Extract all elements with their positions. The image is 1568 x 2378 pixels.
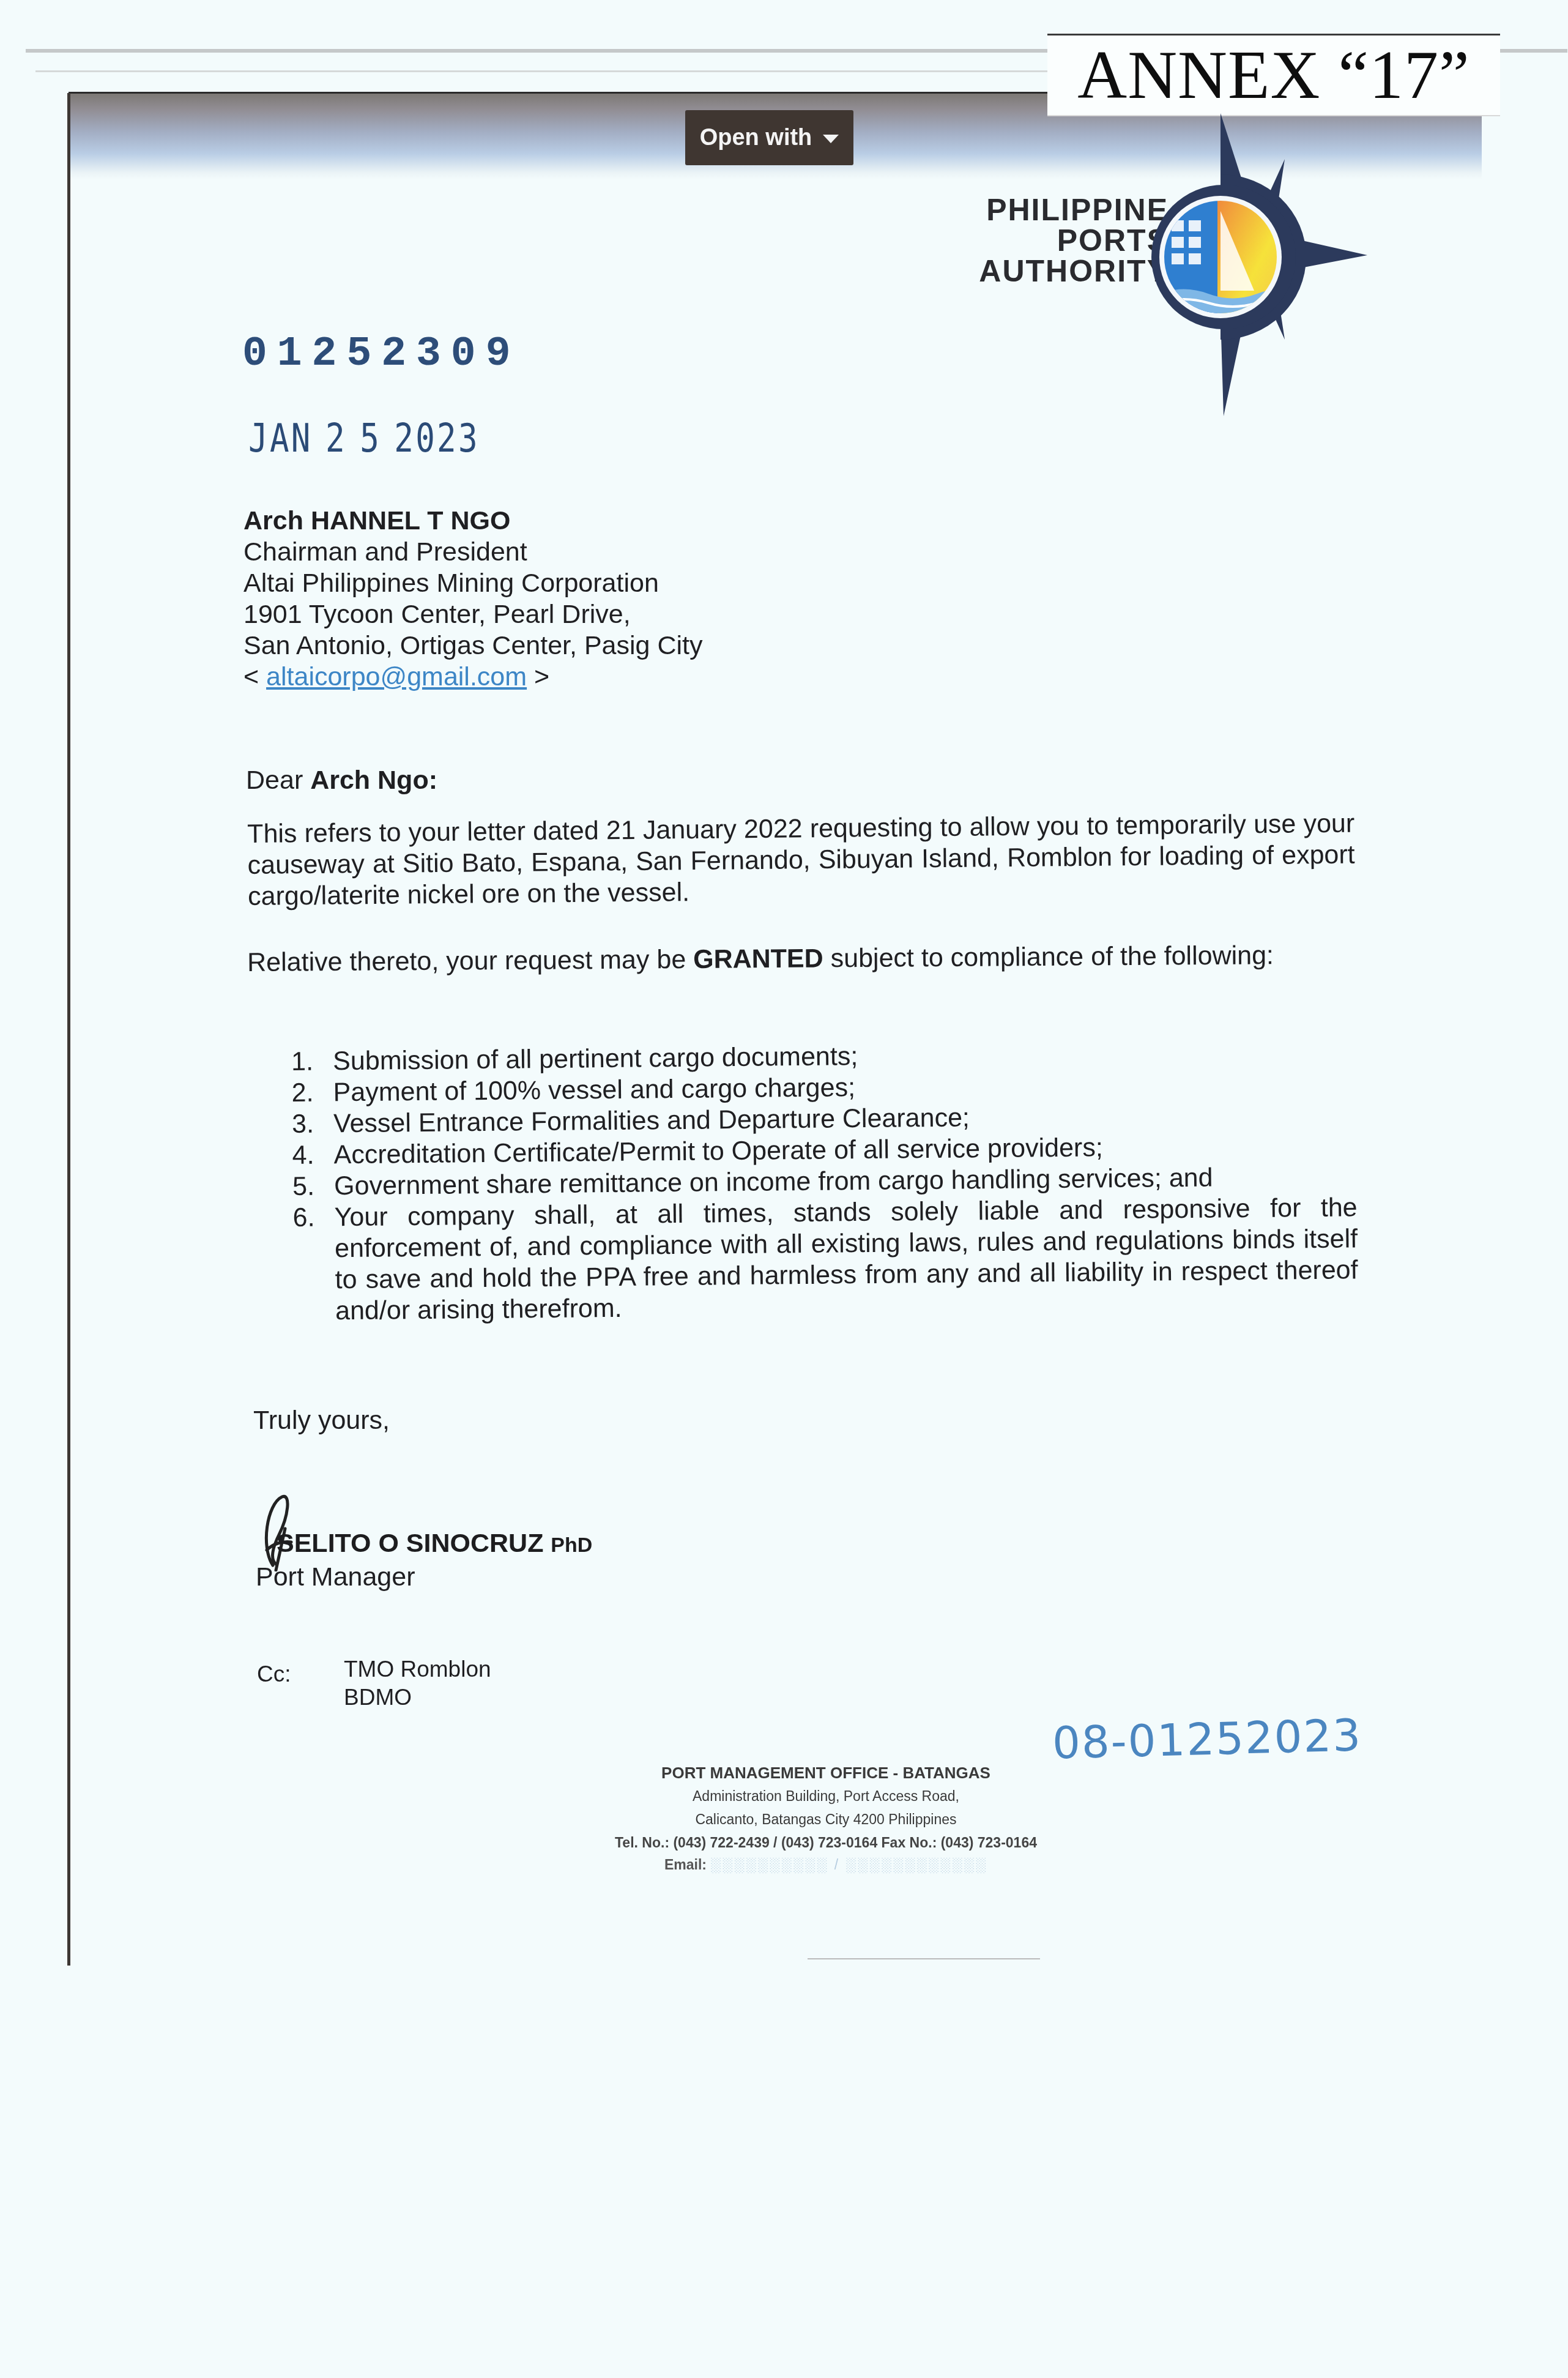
ppa-compass-logo-icon [1123,113,1380,419]
para2-text-before: Relative thereto, your request may be [247,945,693,977]
recipient-name: Arch HANNEL T NGO [243,505,703,537]
stamp-year: 2023 [394,416,480,461]
open-with-button[interactable]: Open with [685,110,853,165]
footer-email-line: Email: ░░░░░░░░░░ / ░░░░░░░░░░░░ [551,1854,1101,1875]
signatory-name: SELITO O SINOCRUZ PhD [256,1529,592,1559]
recipient-address-line-2: San Antonio, Ortigas Center, Pasig City [243,630,703,662]
footer-phones: Tel. No.: (043) 722-2439 / (043) 723-016… [551,1831,1101,1854]
open-with-label: Open with [700,125,812,151]
recipient-company: Altai Philippines Mining Corporation [243,568,703,599]
condition-number: 5. [292,1171,334,1202]
recipient-address-block: Arch HANNEL T NGO Chairman and President… [243,505,703,693]
condition-text: Your company shall, at all times, stands… [334,1192,1358,1327]
body-paragraph-2: Relative thereto, your request may be GR… [247,939,1354,978]
condition-number: 6. [292,1202,335,1327]
para2-text-after: subject to compliance of the following: [823,941,1274,973]
chevron-down-icon [823,135,839,143]
page-left-border [67,93,70,1966]
conditions-list: 1.Submission of all pertinent cargo docu… [291,1036,1358,1327]
salutation: Dear Arch Ngo: [246,765,437,796]
scan-edge-line [35,70,1076,72]
recipient-address-line-1: 1901 Tycoon Center, Pearl Drive, [243,599,703,630]
footer-address-1: Administration Building, Port Access Roa… [551,1784,1101,1808]
condition-number: 2. [291,1077,333,1109]
recipient-title: Chairman and President [243,537,703,568]
reference-number-stamp: 01252309 [242,330,520,378]
signatory-name-text: SELITO O SINOCRUZ [277,1529,543,1558]
salutation-prefix: Dear [246,766,310,795]
stamp-day-1: 2 [325,416,347,461]
granted-emphasis: GRANTED [693,944,823,974]
condition-number: 3. [292,1108,333,1140]
cc-recipient: TMO Romblon [344,1655,491,1683]
email-bracket-open: < [243,662,266,691]
condition-item: 6.Your company shall, at all times, stan… [292,1192,1358,1327]
received-date-stamp: JAN252023 [248,416,480,461]
cc-label: Cc: [257,1658,291,1690]
letter-footer: PORT MANAGEMENT OFFICE - BATANGAS Admini… [551,1761,1101,1875]
cc-recipients: TMO Romblon BDMO [344,1655,491,1712]
footer-email-label: Email: [664,1857,707,1873]
annex-label: ANNEX “17” [1047,34,1500,115]
stamp-day-2: 5 [360,416,381,461]
recipient-email-line: < altaicorpo@gmail.com > [243,662,703,693]
condition-number: 4. [292,1139,333,1171]
body-paragraph-1: This refers to your letter dated 21 Janu… [247,808,1355,912]
recipient-email-link[interactable]: altaicorpo@gmail.com [266,662,527,691]
salutation-name: Arch Ngo: [310,766,437,795]
stamp-month: JAN [248,416,313,461]
cc-recipient: BDMO [344,1683,491,1712]
condition-number: 1. [291,1046,333,1078]
closing: Truly yours, [253,1405,390,1436]
email-bracket-close: > [527,662,549,691]
footer-office: PORT MANAGEMENT OFFICE - BATANGAS [551,1761,1101,1784]
footer-rule [808,1958,1040,1959]
handwritten-reference: 08-01252023 [1052,1709,1362,1769]
signatory-suffix: PhD [551,1534,592,1557]
footer-address-2: Calicanto, Batangas City 4200 Philippine… [551,1808,1101,1831]
signatory-title: Port Manager [256,1562,415,1593]
